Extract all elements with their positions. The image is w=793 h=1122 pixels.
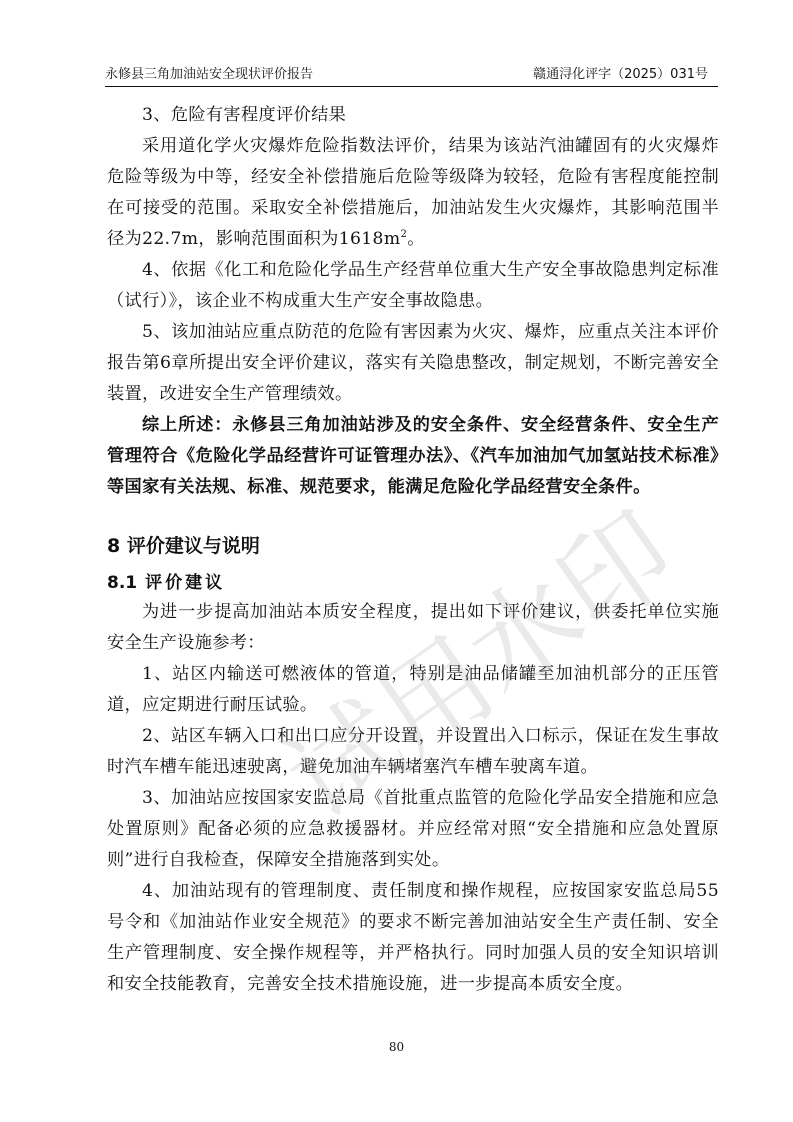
- item3-end: 。: [407, 229, 425, 249]
- item3-title: 3、危险有害程度评价结果: [107, 100, 719, 131]
- subsection-title: 评价建议: [145, 573, 225, 593]
- document-number: 赣通浔化评字（2025）031号: [533, 65, 708, 85]
- report-title: 永修县三角加油站安全现状评价报告: [105, 65, 313, 85]
- subsection-heading: 8.1评价建议: [107, 569, 719, 597]
- section-heading: 8 评价建议与说明: [107, 531, 719, 561]
- recommendation-3: 3、加油站应按国家安监总局《首批重点监管的危险化学品安全措施和应急处置原则》配备…: [107, 783, 719, 876]
- item3-body: 采用道化学火灾爆炸危险指数法评价，结果为该站汽油罐固有的火灾爆炸危险等级为中等，…: [107, 131, 719, 255]
- recommendation-2: 2、站区车辆入口和出口应分开设置，并设置出入口标示，保证在发生事故时汽车槽车能迅…: [107, 721, 719, 783]
- subsection-number: 8.1: [107, 573, 137, 593]
- recommendation-1: 1、站区内输送可燃液体的管道，特别是油品储罐至加油机部分的正压管道，应定期进行耐…: [107, 659, 719, 721]
- page-number: 80: [0, 1040, 793, 1054]
- intro-paragraph: 为进一步提高加油站本质安全程度，提出如下评价建议，供委托单位实施安全生产设施参考…: [107, 597, 719, 659]
- conclusion-paragraph: 综上所述：永修县三角加油站涉及的安全条件、安全经营条件、安全生产管理符合《危险化…: [107, 410, 719, 503]
- item4-paragraph: 4、依据《化工和危险化学品生产经营单位重大生产安全事故隐患判定标准（试行）》，该…: [107, 255, 719, 317]
- recommendation-4: 4、加油站现有的管理制度、责任制度和操作规程，应按国家安监总局55号令和《加油站…: [107, 876, 719, 1000]
- page-content: 3、危险有害程度评价结果 采用道化学火灾爆炸危险指数法评价，结果为该站汽油罐固有…: [107, 100, 719, 1000]
- item5-paragraph: 5、该加油站应重点防范的危险有害因素为火灾、爆炸，应重点关注本评价报告第6章所提…: [107, 317, 719, 410]
- page-header: 永修县三角加油站安全现状评价报告 赣通浔化评字（2025）031号: [105, 66, 718, 87]
